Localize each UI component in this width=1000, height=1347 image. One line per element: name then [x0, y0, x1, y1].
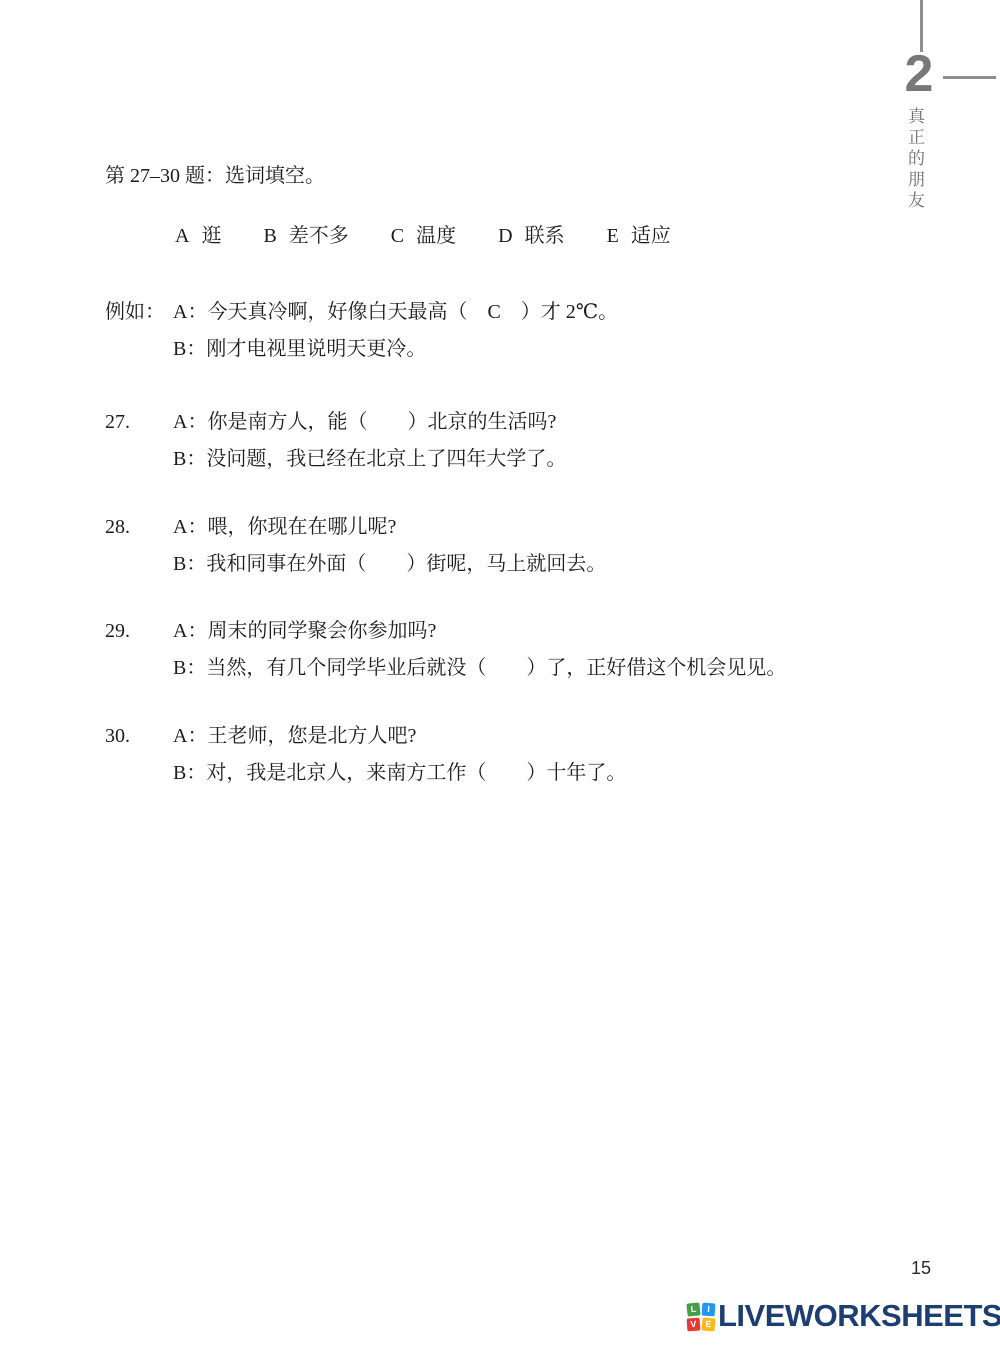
liveworksheets-logo[interactable]: L I V E LIVEWORKSHEETS [687, 1300, 1000, 1331]
question-line-a: A：王老师，您是北方人吧? [173, 724, 416, 748]
question-number: 27. [105, 410, 130, 434]
option-word: 联系 [525, 224, 565, 248]
liveworksheets-wordmark: LIVEWORKSHEETS [718, 1300, 1000, 1331]
option-letter: C [391, 224, 404, 248]
question-line-b: B：我和同事在外面（ ）街呢，马上就回去。 [173, 552, 606, 576]
chapter-title-vertical: 真正的朋友 [906, 107, 923, 212]
word-bank-option-c: C 温度 [391, 224, 456, 248]
section-title: 第 27–30 题：选词填空。 [105, 164, 325, 188]
question-line-b: B：没问题，我已经在北京上了四年大学了。 [173, 447, 566, 471]
word-bank-option-e: E 适应 [607, 224, 671, 248]
option-letter: A [175, 224, 189, 248]
question-line-b: B：当然，有几个同学毕业后就没（ ）了，正好借这个机会见见。 [173, 656, 786, 680]
question-line-a: A：周末的同学聚会你参加吗? [173, 619, 436, 643]
liveworksheets-logo-icon: L I V E [687, 1303, 715, 1331]
example-label: 例如： [105, 300, 165, 324]
logo-tile-e: E [701, 1317, 715, 1331]
worksheet-page: 2 真正的朋友 第 27–30 题：选词填空。 A 逛 B 差不多 C 温度 D… [0, 0, 1000, 1347]
question-line-a: A：你是南方人，能（ ）北京的生活吗? [173, 410, 556, 434]
word-bank-option-b: B 差不多 [263, 224, 348, 248]
option-word: 温度 [416, 224, 456, 248]
question-line-a: A：喂，你现在在哪儿呢? [173, 515, 396, 539]
option-letter: E [607, 224, 619, 248]
option-letter: B [263, 224, 276, 248]
chapter-side-rule [943, 76, 996, 79]
question-number: 29. [105, 619, 130, 643]
word-bank-option-d: D 联系 [498, 224, 564, 248]
example-line-a: A：今天真冷啊，好像白天最高（ C ）才 2℃。 [173, 300, 618, 324]
logo-tile-l: L [686, 1302, 700, 1316]
word-bank-option-a: A 逛 [175, 224, 221, 248]
option-word: 差不多 [289, 224, 349, 248]
word-bank: A 逛 B 差不多 C 温度 D 联系 E 适应 [175, 224, 671, 248]
page-number: 15 [906, 1258, 936, 1279]
question-number: 30. [105, 724, 130, 748]
example-line-b: B：刚才电视里说明天更冷。 [173, 337, 426, 361]
logo-tile-i: I [702, 1302, 716, 1316]
question-line-b: B：对，我是北京人，来南方工作（ ）十年了。 [173, 761, 626, 785]
option-word: 适应 [631, 224, 671, 248]
option-letter: D [498, 224, 512, 248]
chapter-number: 2 [901, 48, 937, 100]
option-word: 逛 [201, 224, 221, 248]
logo-tile-v: V [687, 1317, 701, 1331]
question-number: 28. [105, 515, 130, 539]
